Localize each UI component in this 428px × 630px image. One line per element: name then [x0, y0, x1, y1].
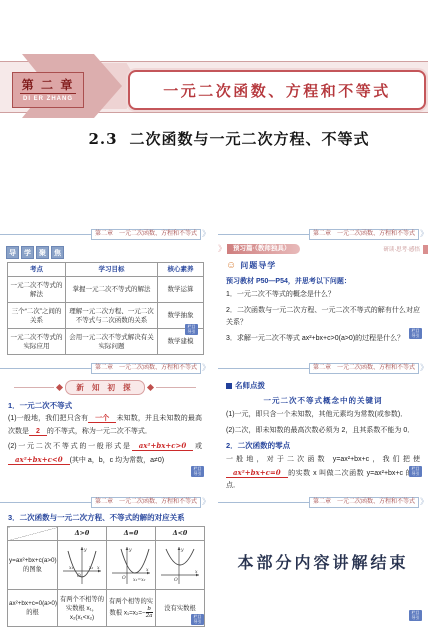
graph-origin-label: O: [174, 577, 178, 583]
knowledge-paragraph: (2)一元二次不等式的一般形式是ax²+bx+c>0或ax²+bx+c<0(其中…: [8, 440, 202, 467]
header-line: [0, 502, 91, 503]
roots-two-distinct: 有两个不相等的实数根 x₁，x₂(x₁<x₂): [58, 590, 107, 627]
question-item: 2．二次函数与一元二次方程、一元二次不等式的解有什么对应关系？: [226, 305, 420, 330]
text-segment: (其中 a，b，c 均为常数，a≠0): [70, 457, 164, 464]
parabola-no-root-graph: y x O: [156, 541, 205, 590]
graph-row: y=ax²+bx+c(a>0)的图象 y x O x₁ x₂: [8, 541, 205, 590]
col-header-suyang: 核心素养: [158, 263, 204, 277]
col-header-kaodian: 考点: [8, 263, 66, 277]
question-item: 1．一元二次不等式的概念是什么？: [226, 289, 420, 302]
graph-y-label: y: [83, 548, 87, 553]
section-title: 2.3二次函数与一元二次方程、不等式: [30, 128, 428, 149]
diagonal-cell: [8, 527, 58, 541]
tips-paragraph: (1)一元，即只含一个未知数，其他元素均为常数(或参数)．: [226, 409, 420, 422]
text-segment: 的不等式，称为一元二次不等式．: [47, 428, 152, 435]
nav-badge-button[interactable]: 栏目 导引: [409, 610, 422, 621]
banner-line: [14, 387, 54, 388]
smiley-icon: ☺: [226, 261, 236, 271]
panel-focus: 第二章 一元二次函数、方程和不等式 》 导 学 聚 焦 考点 学习目标 核心素养…: [0, 222, 210, 344]
panel-relation: 第二章 一元二次函数、方程和不等式 》 3．二次函数与一元二次方程、不等式的解的…: [0, 490, 210, 630]
banner-corner-tab: [423, 245, 428, 254]
focus-badge-char: 导: [6, 246, 19, 259]
tips-subtitle: 一元二次不等式概念中的关键词: [218, 395, 428, 406]
fill-blank: 2: [29, 428, 47, 436]
text-segment: (1)一般地，我们把只含有: [8, 415, 88, 422]
fraction-numerator: b: [146, 606, 153, 614]
knowledge-paragraph: (1)一般地，我们把只含有一个未知数，并且未知数的最高次数是2的不等式，称为一元…: [8, 413, 202, 438]
diamond-icon: [147, 384, 154, 391]
nav-badge-line2: 导引: [191, 619, 204, 624]
page: 第 二 章 DI ER ZHANG 一元二次函数、方程和不等式 2.3二次函数与…: [0, 0, 428, 630]
chapter-number-box: 第 二 章 DI ER ZHANG: [12, 72, 84, 108]
graph-origin-label: O: [122, 575, 126, 581]
table-row: 一元二次不等式的解法 掌握一元二次不等式的解法 数学运算: [8, 277, 204, 303]
cell-kaodian: 一元二次不等式的实际应用: [8, 329, 66, 355]
new-knowledge-title: 新 知 初 探: [65, 380, 144, 395]
focus-badge-char: 聚: [36, 246, 49, 259]
question-guide-heading: ☺ 问题导学: [226, 260, 428, 271]
fill-blank: 一个: [88, 415, 116, 423]
panel-tips: 第二章 一元二次函数、方程和不等式 》 名师点拨 一元二次不等式概念中的关键词 …: [218, 356, 428, 482]
relation-title: 3．二次函数与一元二次方程、不等式的解的对应关系: [8, 512, 210, 523]
chevron-right-icon: 》: [420, 230, 428, 238]
chapter-breadcrumb: 第二章 一元二次函数、方程和不等式: [309, 497, 419, 508]
banner-line: [156, 387, 196, 388]
roots-two-equal: 有两个相等的实数根 x₁=x₂=−b2a: [107, 590, 156, 627]
nav-badge-line2: 导引: [185, 329, 198, 334]
slide-header: 第二章 一元二次函数、方程和不等式 》: [218, 496, 428, 508]
table-row: 一元二次不等式的实际应用 会用一元二次不等式解决有关实际问题 数学建模: [8, 329, 204, 355]
nav-badge-button[interactable]: 栏目 导引: [191, 466, 204, 477]
col-header-delta-zero: Δ=0: [107, 527, 156, 541]
graph-x-label: x: [195, 570, 198, 575]
relation-table: Δ>0 Δ=0 Δ<0 y=ax²+bx+c(a>0)的图象 y x O: [7, 526, 205, 627]
zero-point-heading: 2．二次函数的零点: [226, 440, 428, 451]
fraction-denominator: 2a: [146, 613, 153, 620]
chevron-right-icon: 》: [420, 498, 428, 506]
header-line: [0, 368, 91, 369]
diamond-icon: [56, 384, 63, 391]
col-header-delta-neg: Δ<0: [156, 527, 205, 541]
chevron-right-icon: 》: [218, 245, 226, 253]
focus-badge-char: 学: [21, 246, 34, 259]
fill-blank: ax²+bx+c<0: [8, 455, 70, 465]
new-knowledge-banner: 新 知 初 探: [14, 380, 196, 395]
preview-banner-slogan: 研读·思考·感悟: [383, 245, 420, 253]
fill-blank: ax²+bx+c=0: [226, 468, 288, 478]
cell-suyang: 数学运算: [158, 277, 204, 303]
chevron-right-icon: 》: [202, 498, 210, 506]
chapter-number: 第 二 章: [20, 78, 77, 94]
chevron-right-icon: 》: [202, 364, 210, 372]
chapter-title: 一元二次函数、方程和不等式: [163, 80, 391, 101]
focus-badge-row: 导 学 聚 焦: [6, 246, 210, 259]
graph-x1x2-label: x₁=x₂: [133, 578, 146, 583]
graph-y-label: y: [180, 548, 184, 553]
nav-badge-line2: 导引: [409, 333, 422, 338]
graph-y-label: y: [128, 548, 132, 553]
nav-badge-button[interactable]: 栏目 导引: [409, 328, 422, 339]
slide-header: 第二章 一元二次函数、方程和不等式 》: [218, 228, 428, 240]
slide-header: 第二章 一元二次函数、方程和不等式 》: [218, 362, 428, 374]
graph-origin-label: O: [77, 573, 81, 579]
table-row: 三个“二次”之间的关系 理解一元二次方程、一元二次不等式与二次函数的关系 数学抽…: [8, 303, 204, 329]
preview-banner: 》 预习篇·（教师独具） 研读·思考·感悟: [218, 244, 428, 254]
knowledge-heading: 1．一元二次不等式: [8, 400, 210, 411]
nav-badge-line2: 导引: [409, 615, 422, 620]
roots-row: ax²+bx+c=0(a>0)的根 有两个不相等的实数根 x₁，x₂(x₁<x₂…: [8, 590, 205, 627]
slide-header: 第二章 一元二次函数、方程和不等式 》: [0, 496, 210, 508]
nav-badge-button[interactable]: 栏目 导引: [185, 324, 198, 335]
fraction: b2a: [146, 606, 153, 620]
header-line: [218, 234, 309, 235]
nav-badge-line2: 导引: [409, 471, 422, 476]
chapter-breadcrumb: 第二章 一元二次函数、方程和不等式: [309, 363, 419, 374]
cell-mubiao: 理解一元二次方程、一元二次不等式与二次函数的关系: [66, 303, 158, 329]
chapter-breadcrumb: 第二章 一元二次函数、方程和不等式: [91, 363, 201, 374]
panel-new-knowledge: 第二章 一元二次函数、方程和不等式 》 新 知 初 探 1．一元二次不等式 (1…: [0, 356, 210, 482]
col-header-mubiao: 学习目标: [66, 263, 158, 277]
row-label-roots: ax²+bx+c=0(a>0)的根: [8, 590, 58, 627]
graph-x2-label: x₂: [89, 566, 94, 571]
graph-x-label: x: [97, 566, 100, 571]
preview-banner-title: 预习篇·（教师独具）: [227, 244, 300, 254]
text-segment: (2)一元二次不等式的一般形式是: [8, 443, 132, 450]
panel-preview: 第二章 一元二次函数、方程和不等式 》 》 预习篇·（教师独具） 研读·思考·感…: [218, 222, 428, 344]
chapter-breadcrumb: 第二章 一元二次函数、方程和不等式: [91, 497, 201, 508]
section-number: 2.3: [88, 130, 117, 148]
parabola-one-root-graph: y x O x₁=x₂: [107, 541, 156, 590]
header-line: [0, 234, 91, 235]
chevron-right-icon: 》: [202, 230, 210, 238]
chapter-pinyin: DI ER ZHANG: [23, 96, 73, 102]
question-guide-title: 问题导学: [240, 260, 276, 271]
cell-mubiao: 掌握一元二次不等式的解法: [66, 277, 158, 303]
cell-kaodian: 三个“二次”之间的关系: [8, 303, 66, 329]
tips-paragraph: (2)二次，即未知数的最高次数必须为 2，且其系数不能为 0．: [226, 425, 420, 438]
chapter-breadcrumb: 第二章 一元二次函数、方程和不等式: [309, 229, 419, 240]
table-header-row: 考点 学习目标 核心素养: [8, 263, 204, 277]
preview-lead: 预习教材 P50—P54，并思考以下问题：: [226, 276, 420, 286]
header-line: [218, 502, 309, 503]
section-title-text: 二次函数与一元二次方程、不等式: [130, 131, 370, 148]
tips-heading: 名师点拨: [226, 380, 428, 391]
chapter-breadcrumb: 第二章 一元二次函数、方程和不等式: [91, 229, 201, 240]
square-bullet-icon: [226, 383, 232, 389]
end-message: 本部分内容讲解结束: [218, 550, 428, 573]
question-item: 3．求解一元二次不等式 ax²+bx+c>0(a>0)的过程是什么？: [226, 333, 420, 346]
cell-mubiao: 会用一元二次不等式解决有关实际问题: [66, 329, 158, 355]
text-segment: 一般地，对于二次函数 y=ax²+bx+c，我们把使: [226, 456, 420, 463]
graph-x1-label: x₁: [69, 566, 74, 571]
nav-badge-line2: 导引: [191, 471, 204, 476]
graph-x-label: x: [146, 568, 149, 573]
nav-badge-button[interactable]: 栏目 导引: [409, 466, 422, 477]
row-label-graph: y=ax²+bx+c(a>0)的图象: [8, 541, 58, 590]
fill-blank: ax²+bx+c>0: [132, 441, 194, 451]
chapter-title-box: 一元二次函数、方程和不等式: [128, 70, 426, 110]
table-header-row: Δ>0 Δ=0 Δ<0: [8, 527, 205, 541]
header-line: [218, 368, 309, 369]
slide-header: 第二章 一元二次函数、方程和不等式 》: [0, 228, 210, 240]
chevron-right-icon: 》: [420, 364, 428, 372]
focus-badge-char: 焦: [51, 246, 64, 259]
tips-paragraph: 一般地，对于二次函数 y=ax²+bx+c，我们把使ax²+bx+c=0的实数 …: [226, 454, 420, 493]
nav-badge-button[interactable]: 栏目 导引: [191, 614, 204, 625]
parabola-two-roots-graph: y x O x₁ x₂: [58, 541, 107, 590]
text-segment: 或: [193, 443, 202, 450]
focus-table: 考点 学习目标 核心素养 一元二次不等式的解法 掌握一元二次不等式的解法 数学运…: [7, 262, 204, 355]
panel-end: 第二章 一元二次函数、方程和不等式 》 本部分内容讲解结束 栏目 导引: [218, 490, 428, 630]
tips-title: 名师点拨: [235, 380, 265, 391]
cell-kaodian: 一元二次不等式的解法: [8, 277, 66, 303]
slide-header: 第二章 一元二次函数、方程和不等式 》: [0, 362, 210, 374]
col-header-delta-pos: Δ>0: [58, 527, 107, 541]
